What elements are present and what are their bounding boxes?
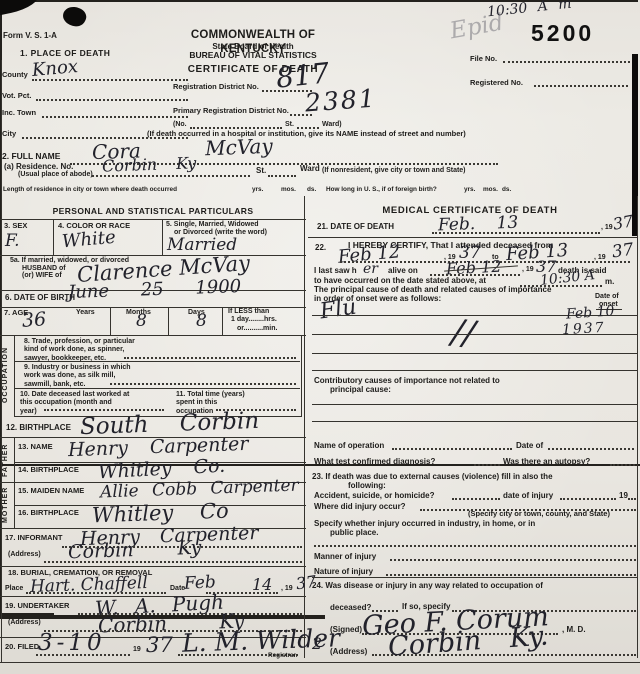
cause-line — [312, 370, 637, 371]
autopsy-label: Was there an autopsy? — [503, 457, 590, 466]
ward-label-residence: Ward — [300, 164, 320, 173]
cause-line — [312, 353, 637, 354]
informant-label: 17. INFORMANT — [5, 534, 63, 543]
father-vertical-label: FATHER — [2, 440, 9, 480]
dod-year-prefix: , 19 — [601, 224, 613, 232]
filed-label: 20. FILED — [5, 643, 39, 652]
m-label: m. — [605, 277, 614, 286]
father-birthplace-label: 14. BIRTHPLACE — [18, 466, 79, 475]
filed-line — [36, 654, 130, 656]
attended-to-year: 37 — [611, 242, 635, 262]
no-label: (No. — [173, 121, 187, 129]
group-strip-line — [14, 437, 15, 482]
certify-number: 22. — [315, 243, 326, 252]
birthplace-label: 12. BIRTHPLACE — [6, 423, 71, 432]
st-label-residence: St. — [256, 166, 266, 175]
residence-line — [92, 175, 250, 177]
registered-no-line — [534, 85, 628, 87]
form-bottom-rule-2 — [0, 662, 640, 663]
mother-vertical-label: MOTHER — [2, 485, 9, 525]
registrar-signature: L. M. Wilder — [182, 625, 341, 655]
vot-pct-label: Vot. Pct. — [2, 92, 31, 101]
nonresident-note: (If nonresident, give city or town and S… — [322, 167, 466, 175]
mother-maiden-label: 15. MAIDEN NAME — [18, 487, 84, 496]
inc-town-line — [42, 116, 188, 118]
mother-birthplace-value: Whitley Co — [92, 501, 229, 527]
yrs2-label: yrs. — [464, 186, 475, 194]
occ9-label: 9. Industry or business in which work wa… — [24, 364, 131, 389]
cell-line — [110, 307, 111, 335]
registered-no-label: Registered No. — [470, 79, 523, 88]
registration-district-label: Registration District No. — [173, 83, 259, 92]
color-race-value: White — [61, 229, 116, 252]
cell-line — [168, 307, 169, 335]
file-no-line — [503, 61, 630, 63]
contributory-line — [312, 404, 637, 405]
operation-label: Name of operation — [314, 441, 384, 450]
inc-town-label: Inc. Town — [2, 109, 36, 118]
filed-year-value: 37 — [146, 635, 173, 656]
nature-line — [386, 574, 636, 576]
county-label: County — [2, 71, 28, 80]
less-label-2: 1 day........hrs. — [231, 316, 277, 324]
husband-label-3: (or) WIFE of — [22, 272, 62, 280]
death-certificate-scan: Form V. S. 1-A 1. PLACE OF DEATH County … — [0, 0, 640, 674]
date-of-label: Date of — [516, 441, 543, 450]
nineteen-label: 19 — [619, 491, 628, 500]
st-line-residence — [268, 175, 296, 177]
cell-line — [222, 307, 223, 335]
specify-city-note: (Specify city or town, county, and State… — [468, 510, 610, 519]
dob-label: 6. DATE OF BIRTH — [5, 293, 75, 302]
full-name-label: 2. FULL NAME — [2, 151, 60, 161]
onset-label-1: Date of — [595, 293, 619, 301]
nineteen-line — [628, 498, 636, 500]
primary-registration-label: Primary Registration District No. — [173, 107, 289, 116]
manner-line — [390, 559, 636, 561]
accident-label: Accident, suicide, or homicide? — [314, 491, 434, 500]
sex-label: 3. SEX — [4, 222, 27, 231]
q23-label-2: following: — [348, 481, 386, 490]
how-long-label: How long in U. S., if of foreign birth? — [326, 186, 437, 194]
city-label: City — [2, 130, 16, 139]
occ8-label: 8. Trade, profession, or particular kind… — [24, 338, 135, 363]
autopsy-line — [610, 464, 635, 466]
row-rule — [0, 255, 306, 256]
last-saw-label: I last saw h — [314, 266, 357, 275]
row-rule — [0, 566, 306, 567]
ds-label: ds. — [307, 186, 316, 194]
q24-label: 24. Was disease or injury in any way rel… — [312, 581, 543, 590]
sex-value: F. — [5, 233, 20, 250]
test-line — [474, 464, 500, 466]
county-value: Knox — [31, 58, 78, 80]
nature-of-injury-label: Nature of injury — [314, 567, 373, 576]
st-label-header: St. — [285, 121, 294, 129]
undertaker-label: 19. UNDERTAKER — [5, 602, 69, 611]
injury-line — [314, 545, 636, 547]
form-number: Form V. S. 1-A — [3, 31, 57, 40]
accident-line — [452, 498, 500, 500]
mos-label: mos. — [281, 186, 296, 194]
cell-line — [53, 219, 54, 255]
where-injury-label: Where did injury occur? — [314, 502, 406, 511]
residence-value: Corbin Ky — [102, 155, 197, 174]
occ-rule — [14, 388, 300, 389]
days-value: 8 — [196, 313, 207, 330]
informant-address-line — [44, 561, 302, 563]
vot-pct-line — [36, 99, 188, 101]
dod-year-value: 37 — [612, 213, 635, 232]
last-saw-year-prefix: , 19 — [522, 266, 534, 274]
less-label-1: If LESS than — [228, 308, 269, 316]
mother-birthplace-label: 16. BIRTHPLACE — [18, 509, 79, 518]
occ8-line — [124, 357, 296, 359]
injury-date-label: date of injury — [503, 491, 553, 500]
date-of-death-line — [432, 232, 600, 234]
occ10-line — [44, 409, 164, 411]
personal-section-title: PERSONAL AND STATISTICAL PARTICULARS — [0, 206, 306, 216]
file-no-label: File No. — [470, 55, 497, 64]
date-of-line — [548, 448, 634, 450]
burial-day-value: 14 — [252, 577, 272, 593]
undertaker-address-label: (Address) — [8, 619, 41, 627]
burial-year-prefix: , 19 — [281, 585, 293, 593]
date-of-death-label: 21. DATE OF DEATH — [317, 222, 394, 231]
occ9-line — [110, 383, 296, 385]
stamp-number: 5200 — [531, 20, 594, 47]
informant-address-label: (Address) — [8, 551, 41, 559]
injury-date-line — [560, 498, 616, 500]
father-name-label: 13. NAME — [18, 443, 53, 452]
onset-value-2: 1937 — [562, 321, 606, 337]
cell-line — [162, 219, 163, 255]
form-right-border — [637, 196, 638, 658]
ward-label-header: Ward) — [322, 121, 342, 129]
years-label: Years — [76, 309, 95, 317]
manner-of-injury-label: Manner of injury — [314, 552, 376, 561]
onset-value-1: Feb 10 — [566, 304, 615, 321]
alive-on-label: alive on — [388, 266, 418, 275]
row-rule — [308, 237, 637, 238]
age-value: 36 — [21, 310, 46, 331]
left-header-rule — [0, 219, 306, 220]
marital-value: Married — [167, 237, 237, 254]
md-label: , M. D. — [562, 625, 586, 634]
last-saw-fill: er — [363, 262, 378, 276]
cause-of-death-value: Flu — [319, 297, 358, 324]
abode-note: (Usual place of abode) — [18, 171, 93, 179]
burial-place-label: Place — [5, 585, 23, 593]
operation-line — [392, 448, 512, 450]
length-of-residence-label: Length of residence in city or town wher… — [3, 186, 177, 194]
filed-value: 3-10 — [38, 632, 106, 655]
yrs-label: yrs. — [252, 186, 263, 194]
filed-year-prefix: 19 — [133, 646, 141, 654]
months-value: 8 — [136, 313, 147, 330]
contributory-line — [312, 421, 637, 422]
nature-rule — [312, 577, 637, 578]
occ-rule — [14, 361, 300, 362]
less-label-3: or..........min. — [237, 325, 277, 333]
ditto-mark: // — [450, 315, 476, 351]
primary-registration-value: 2381 — [304, 86, 377, 116]
occupation-vertical-label: OCCUPATION — [2, 338, 9, 412]
contributory-label-2: principal cause: — [330, 385, 391, 394]
county-line — [32, 79, 188, 81]
specify-whether-2: public place. — [330, 528, 378, 537]
mos2-label: mos. — [483, 186, 498, 194]
informant-address-value: Corbin Ky — [68, 539, 202, 563]
ds2-label: ds. — [502, 186, 511, 194]
test-label: What test confirmed diagnosis? — [314, 457, 435, 466]
marital-label-1: 5. Single, Married, Widowed — [166, 221, 259, 229]
